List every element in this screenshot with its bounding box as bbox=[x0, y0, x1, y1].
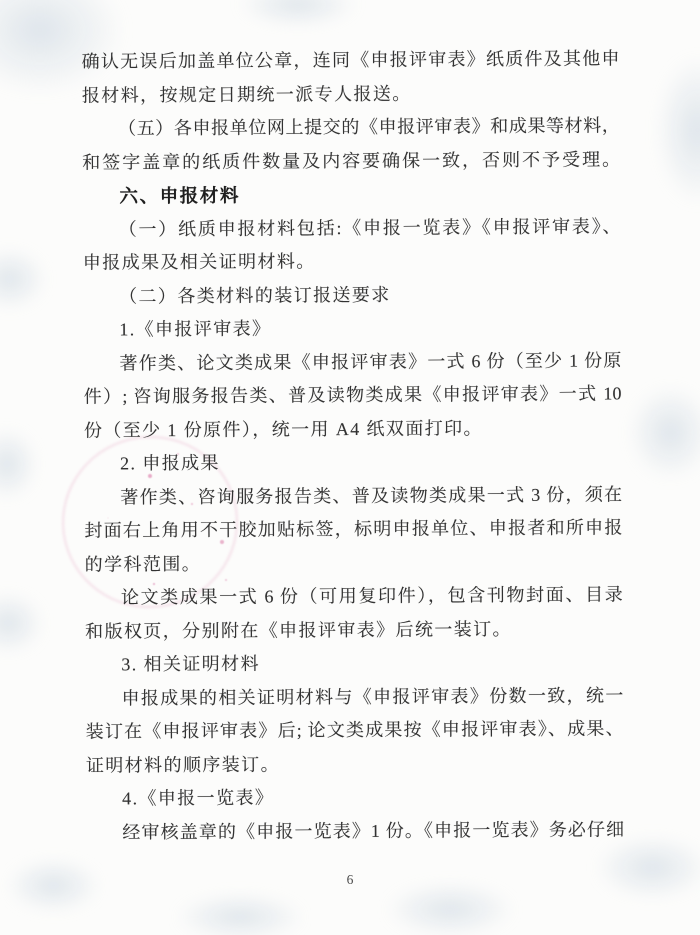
text-line: 申报成果的相关证明材料与《申报评审表》份数一致，统一 bbox=[85, 679, 623, 716]
text-line: 确认无误后加盖单位公章，连同《申报评审表》纸质件及其他申 bbox=[82, 42, 620, 79]
text-line: 的学科范围。 bbox=[85, 545, 623, 582]
text-line: 经审核盖章的《申报一览表》1 份。《申报一览表》务必仔细 bbox=[86, 813, 624, 850]
scan-smudge bbox=[385, 882, 515, 935]
text-line: 份（至少 1 份原件），统一用 A4 纸双面打印。 bbox=[84, 411, 622, 448]
text-line: 3. 相关证明材料 bbox=[85, 645, 623, 682]
text-line: 申报成果及相关证明材料。 bbox=[83, 243, 621, 280]
text-line: 和签字盖章的纸质件数量及内容要确保一致，否则不予受理。 bbox=[82, 143, 620, 180]
text-line: 1.《申报评审表》 bbox=[83, 310, 621, 347]
scan-smudge bbox=[0, 428, 38, 500]
text-line: 和版权页，分别附在《申报评审表》后统一装订。 bbox=[85, 612, 623, 649]
document-body: 确认无误后加盖单位公章，连同《申报评审表》纸质件及其他申报材料，按规定日期统一派… bbox=[82, 42, 625, 849]
text-line: 装订在《申报评审表》后; 论文类成果按《申报评审表》、成果、 bbox=[86, 712, 624, 749]
text-line: 证明材料的顺序装订。 bbox=[86, 746, 624, 783]
text-line: 4.《申报一览表》 bbox=[86, 779, 624, 816]
text-line: 报材料，按规定日期统一派专人报送。 bbox=[82, 76, 620, 113]
page-number: 6 bbox=[0, 872, 700, 888]
scan-smudge bbox=[628, 385, 700, 480]
text-line: 封面右上角用不干胶加贴标签，标明申报单位、申报者和所申报 bbox=[84, 511, 622, 548]
text-line: 件）; 咨询服务报告类、普及读物类成果《申报评审表》一式 10 bbox=[84, 377, 622, 414]
scan-smudge bbox=[238, 0, 358, 27]
text-line: 2. 申报成果 bbox=[84, 444, 622, 481]
text-line: （一）纸质申报材料包括:《申报一览表》《申报评审表》、 bbox=[83, 210, 621, 247]
text-line: 六、申报材料 bbox=[82, 176, 620, 213]
text-line: 著作类、论文类成果《申报评审表》一式 6 份（至少 1 份原 bbox=[83, 344, 621, 381]
scanned-page: 确认无误后加盖单位公章，连同《申报评审表》纸质件及其他申报材料，按规定日期统一派… bbox=[0, 0, 700, 935]
text-line: （二）各类材料的装订报送要求 bbox=[83, 277, 621, 314]
scan-smudge bbox=[655, 55, 700, 205]
text-line: 论文类成果一式 6 份（可用复印件），包含刊物封面、目录 bbox=[85, 578, 623, 615]
text-line: （五）各申报单位网上提交的《申报评审表》和成果等材料， bbox=[82, 109, 620, 146]
scan-smudge bbox=[0, 592, 44, 654]
scan-smudge bbox=[0, 248, 47, 310]
text-line: 著作类、咨询服务报告类、普及读物类成果一式 3 份，须在 bbox=[84, 478, 622, 515]
scan-smudge bbox=[175, 893, 305, 935]
